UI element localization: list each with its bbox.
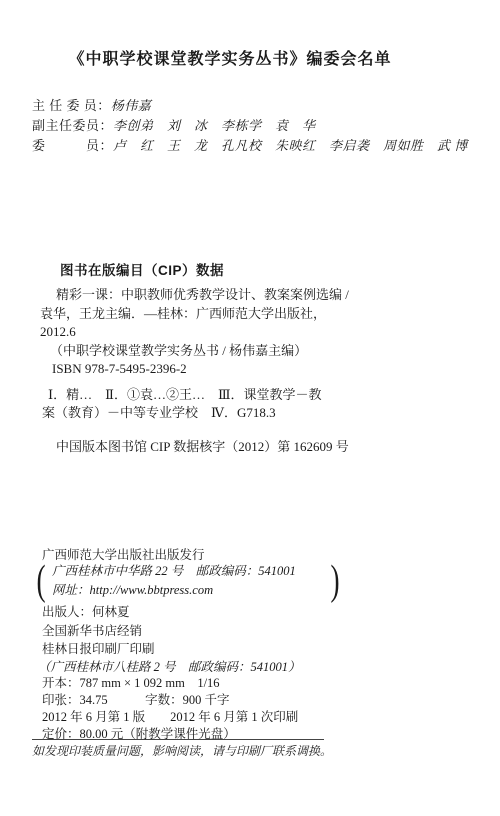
isbn-line: ISBN 978-7-5495-2396-2 <box>40 360 349 379</box>
distributor-line: 全国新华书店经销 <box>42 622 155 641</box>
print-spec-lines: 开本：787 mm × 1 092 mm 1/16 印张：34.75 字数：90… <box>42 675 298 743</box>
copyright-page: 《中职学校课堂教学实务丛书》编委会名单 主 任 委 员： 杨伟嘉 副主任委员： … <box>0 0 500 816</box>
cip-description: 精彩一课：中职教师优秀教学设计、教案案例选编 / 袁华，王龙主编．—桂林：广西师… <box>40 286 349 379</box>
committee-role-label: 委 员： <box>32 136 113 156</box>
right-paren-decoration: ) <box>330 559 339 603</box>
committee-member-names: 杨伟嘉 <box>111 96 152 116</box>
printer-line: 桂林日报印刷厂印刷 <box>42 640 155 659</box>
publisher-website: 网址：http://www.bbtpress.com <box>52 581 328 600</box>
format-line: 开本：787 mm × 1 092 mm 1/16 <box>42 675 298 692</box>
cip-record-number: 中国版本图书馆 CIP 数据核字（2012）第 162609 号 <box>56 436 349 455</box>
cip-line: 2012.6 <box>40 323 349 342</box>
committee-row-members: 委 员： 卢 红 王 龙 孔凡校 朱映红 李启袭 周如胜 武 博 <box>32 136 468 156</box>
cip-series-note: （中职学校课堂教学实务丛书 / 杨伟嘉主编） <box>40 342 349 361</box>
imprint-lines: 出版人：何林夏 全国新华书店经销 桂林日报印刷厂印刷 <box>42 603 155 659</box>
edition-line: 2012 年 6 月第 1 版 2012 年 6 月第 1 次印刷 <box>42 709 298 726</box>
committee-row-chief: 主 任 委 员： 杨伟嘉 <box>32 96 468 116</box>
cip-heading: 图书在版编目（CIP）数据 <box>60 259 224 279</box>
publisher-address-lines: 广西桂林市中华路 22 号 邮政编码：541001 网址：http://www.… <box>48 562 328 600</box>
publisher-address: 广西桂林市中华路 22 号 邮政编码：541001 <box>52 562 328 581</box>
left-paren-decoration: ( <box>36 559 45 603</box>
committee-member-names: 李创弟 刘 冰 李栋学 袁 华 <box>113 116 316 136</box>
cip-line: 袁华，王龙主编．—桂林：广西师范大学出版社， <box>40 305 349 324</box>
committee-role-label: 副主任委员： <box>32 116 113 136</box>
committee-member-names: 卢 红 王 龙 孔凡校 朱映红 李启袭 周如胜 武 博 <box>113 136 468 156</box>
committee-role-label: 主 任 委 员： <box>32 96 111 116</box>
cip-line: 精彩一课：中职教师优秀教学设计、教案案例选编 / <box>40 286 349 305</box>
committee-row-deputy: 副主任委员： 李创弟 刘 冰 李栋学 袁 华 <box>32 116 468 136</box>
committee-list: 主 任 委 员： 杨伟嘉 副主任委员： 李创弟 刘 冰 李栋学 袁 华 委 员：… <box>32 96 468 156</box>
publisher-address-group: ( 广西桂林市中华路 22 号 邮政编码：541001 网址：http://ww… <box>34 559 342 603</box>
series-title: 《中职学校课堂教学实务丛书》编委会名单 <box>0 46 460 69</box>
publisher-person-line: 出版人：何林夏 <box>42 603 155 622</box>
quality-footnote: 如发现印装质量问题，影响阅读，请与印刷厂联系调换。 <box>32 739 324 759</box>
cip-classification: Ⅰ．精… Ⅱ．①袁…②王… Ⅲ．课堂教学－教 案（教育）－中等专业学校 Ⅳ．G7… <box>40 386 322 422</box>
cip-class-line: Ⅰ．精… Ⅱ．①袁…②王… Ⅲ．课堂教学－教 <box>40 386 322 404</box>
sheets-wordcount-line: 印张：34.75 字数：900 千字 <box>42 692 298 709</box>
cip-class-line: 案（教育）－中等专业学校 Ⅳ．G718.3 <box>40 404 322 422</box>
printer-address: （广西桂林市八桂路 2 号 邮政编码：541001） <box>38 657 301 675</box>
